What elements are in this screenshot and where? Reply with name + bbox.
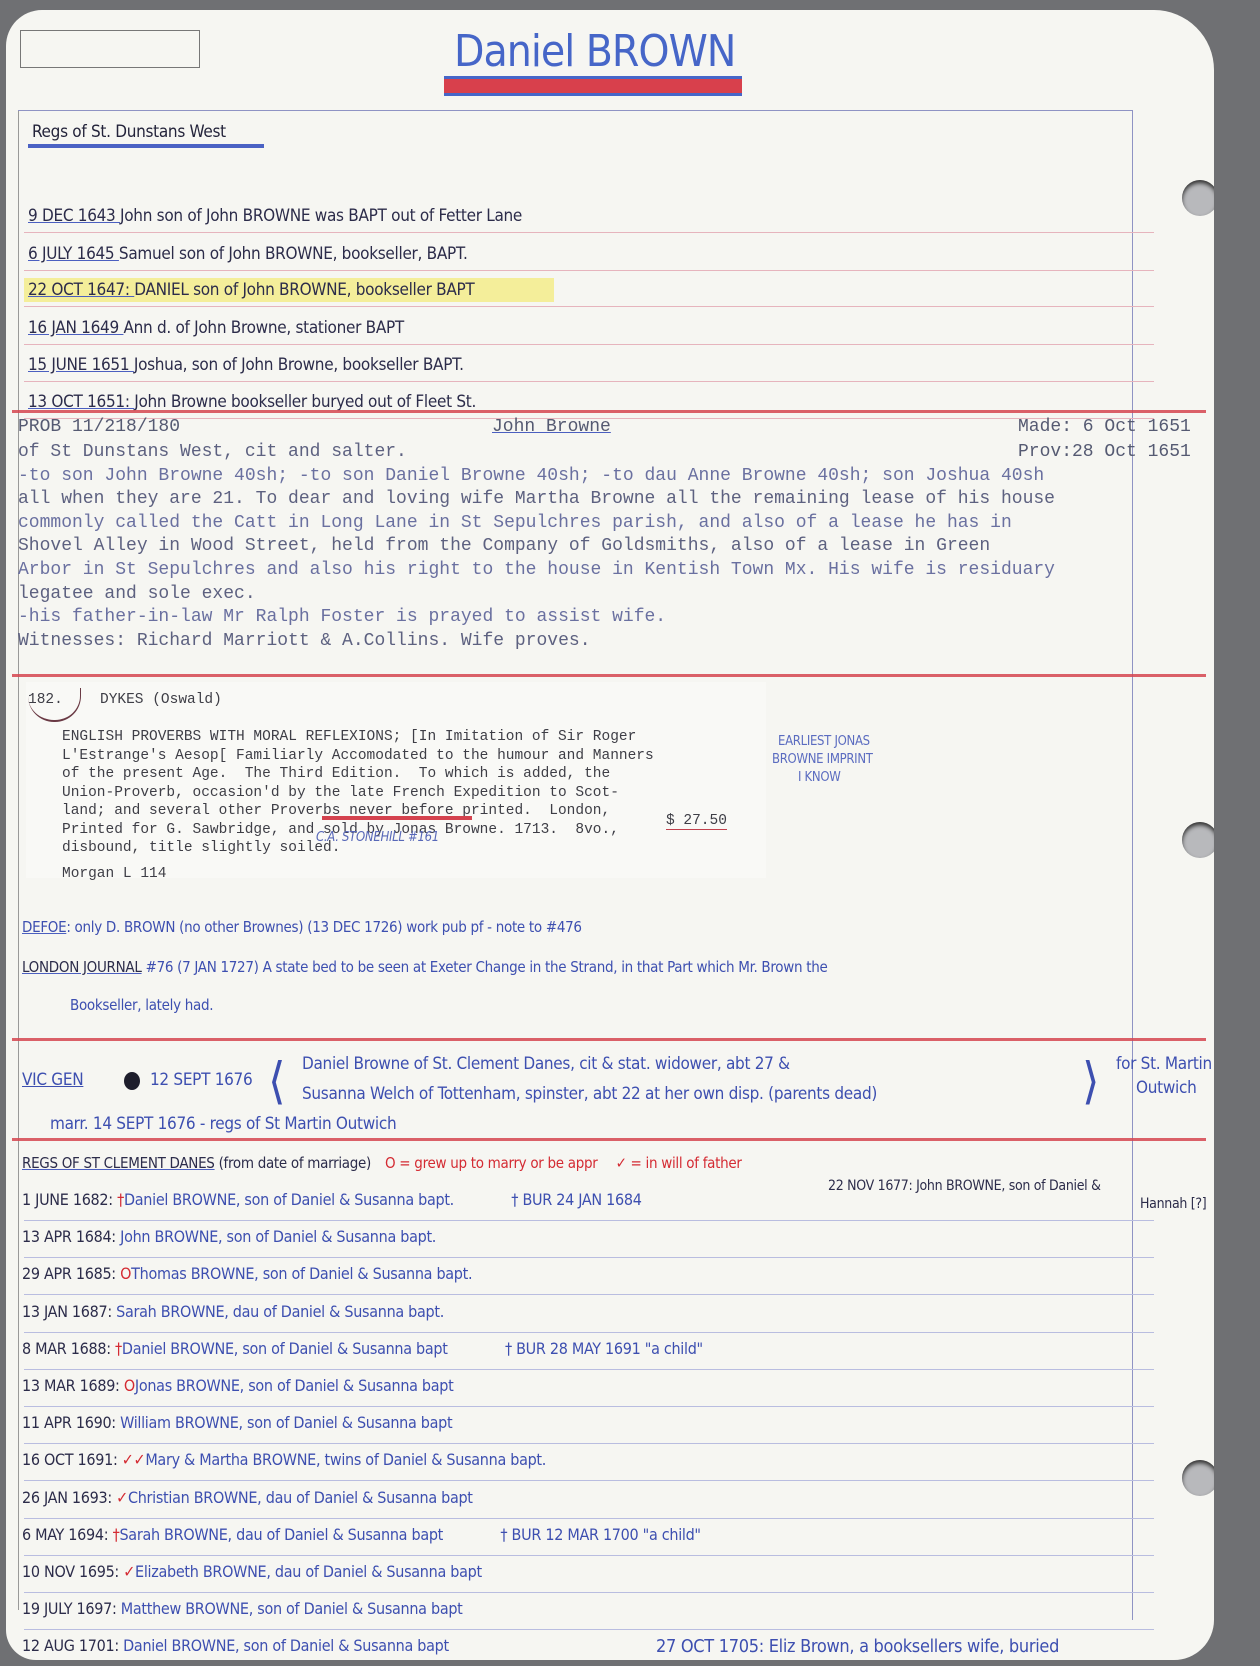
side-note-line: BROWNE IMPRINT xyxy=(772,752,873,767)
journal-note-continued: Bookseller, lately had. xyxy=(70,996,213,1014)
heading-underline xyxy=(28,144,264,148)
vicgen-side-1: for St. Martin xyxy=(1116,1054,1212,1074)
entry-text: Christian BROWNE, dau of Daniel & Susann… xyxy=(128,1488,473,1507)
entry-date: 11 APR 1690: xyxy=(22,1413,120,1432)
ruled-line xyxy=(24,1220,1154,1221)
register-entry: 8 MAR 1688: †Daniel BROWNE, son of Danie… xyxy=(22,1339,703,1358)
entry-text: John son of John BROWNE was BAPT out of … xyxy=(120,206,522,226)
will-line: of St Dunstans West, cit and salter. xyxy=(18,442,407,462)
ruled-line xyxy=(24,1332,1154,1333)
bracket-right-icon: ⟩ xyxy=(1082,1052,1099,1110)
entry-date: 6 MAY 1694: xyxy=(22,1525,113,1544)
catalog-price: $ 27.50 xyxy=(666,813,727,830)
register-entry: 13 APR 1684: John BROWNE, son of Daniel … xyxy=(22,1227,436,1246)
register-entry: 13 MAR 1689: OJonas BROWNE, son of Danie… xyxy=(22,1376,453,1395)
side-note-line: I KNOW xyxy=(798,770,841,785)
will-reference: PROB 11/218/180 xyxy=(18,417,180,437)
will-testator: John Browne xyxy=(492,417,611,437)
will-line: -his father-in-law Mr Ralph Foster is pr… xyxy=(18,607,666,627)
catalog-circle-mark xyxy=(28,688,81,722)
title-underline xyxy=(444,76,742,96)
entry-text: DANIEL son of John BROWNE, bookseller BA… xyxy=(134,280,474,300)
ruled-line xyxy=(24,1592,1154,1593)
register-entry: 15 JUNE 1651 Joshua, son of John Browne,… xyxy=(24,353,470,377)
entry-text: Sarah BROWNE, dau of Daniel & Susanna ba… xyxy=(119,1525,443,1544)
catalog-author: DYKES (Oswald) xyxy=(100,692,222,708)
legend-o: O = grew up to marry or be appr xyxy=(385,1154,598,1172)
register-entry: 16 OCT 1691: ✓✓Mary & Martha BROWNE, twi… xyxy=(22,1450,546,1469)
marriage-note: marr. 14 SEPT 1676 - regs of St Martin O… xyxy=(50,1114,396,1134)
entry-text: William BROWNE, son of Daniel & Susanna … xyxy=(120,1413,452,1432)
ruled-line xyxy=(24,1443,1154,1444)
entry-text: Joshua, son of John Browne, bookseller B… xyxy=(134,355,464,375)
entry-date: 19 JULY 1697: xyxy=(22,1599,121,1618)
defoe-label: DEFOE xyxy=(22,918,66,936)
entry-text: Elizabeth BROWNE, dau of Daniel & Susann… xyxy=(135,1562,482,1581)
catalog-line: of the present Age. The Third Edition. T… xyxy=(62,765,654,784)
catalog-clipping: 182. DYKES (Oswald) ENGLISH PROVERBS WIT… xyxy=(26,682,766,878)
entry-burial: † BUR 28 MAY 1691 "a child" xyxy=(484,1339,703,1358)
ruled-line xyxy=(24,1257,1154,1258)
entry-date: 13 MAR 1689: xyxy=(22,1376,124,1395)
entry-text: Daniel BROWNE, son of Daniel & Susanna b… xyxy=(123,1636,449,1655)
register-entry: 9 DEC 1643 John son of John BROWNE was B… xyxy=(24,204,528,228)
ruled-line xyxy=(24,306,1154,307)
ruled-line xyxy=(24,1406,1154,1407)
entry-text: Thomas BROWNE, son of Daniel & Susanna b… xyxy=(131,1264,472,1283)
clement-heading-note: (from date of marriage) xyxy=(219,1154,371,1172)
vicgen-line-1: Daniel Browne of St. Clement Danes, cit … xyxy=(302,1054,790,1074)
entry-date: 26 JAN 1693: xyxy=(22,1488,116,1507)
entry-date: 29 APR 1685: xyxy=(22,1264,120,1283)
top-rule xyxy=(18,110,1132,111)
entry-date: 10 NOV 1695: xyxy=(22,1562,123,1581)
ruled-line xyxy=(24,1518,1154,1519)
footer-note: 27 OCT 1705: Eliz Brown, a booksellers w… xyxy=(656,1636,1059,1657)
register-entry: 6 JULY 1645 Samuel son of John BROWNE, b… xyxy=(24,242,474,266)
died-dagger-icon: † xyxy=(117,1190,124,1209)
vicgen-label: VIC GEN xyxy=(22,1070,83,1090)
entry-date: 22 OCT 1647: xyxy=(28,280,134,300)
punch-hole-icon xyxy=(1182,822,1214,858)
will-line: Witnesses: Richard Marriott & A.Collins.… xyxy=(18,631,591,651)
vicgen-side-2: Outwich xyxy=(1136,1078,1197,1098)
in-will-check-icon: ✓ xyxy=(123,1562,135,1581)
will-proved-date: Prov:28 Oct 1651 xyxy=(1018,442,1191,462)
vicgen-dot-icon xyxy=(124,1072,140,1090)
side-entry-1677: 22 NOV 1677: John BROWNE, son of Daniel … xyxy=(828,1178,1101,1194)
will-line: -to son John Browne 40sh; -to son Daniel… xyxy=(18,466,1044,486)
section-heading-clement: REGS OF ST CLEMENT DANES xyxy=(22,1154,215,1172)
imprint-underline xyxy=(322,816,472,820)
register-entry: 16 JAN 1649 Ann d. of John Browne, stati… xyxy=(24,316,410,340)
register-entry: 26 JAN 1693: ✓Christian BROWNE, dau of D… xyxy=(22,1488,473,1507)
section-divider xyxy=(12,1138,1206,1141)
register-entry: 6 MAY 1694: †Sarah BROWNE, dau of Daniel… xyxy=(22,1525,701,1544)
journal-note: LONDON JOURNAL #76 (7 JAN 1727) A state … xyxy=(22,958,828,976)
entry-date: 13 JAN 1687: xyxy=(22,1302,116,1321)
defoe-text: : only D. BROWN (no other Brownes) (13 D… xyxy=(66,918,581,936)
clement-heading-row: REGS OF ST CLEMENT DANES (from date of m… xyxy=(22,1154,742,1172)
entry-text: Matthew BROWNE, son of Daniel & Susanna … xyxy=(121,1599,463,1618)
vicgen-line-2: Susanna Welch of Tottenham, spinster, ab… xyxy=(302,1084,877,1104)
notebook-page: Daniel BROWN Regs of St. Dunstans West 9… xyxy=(6,10,1214,1660)
register-entry: 10 NOV 1695: ✓Elizabeth BROWNE, dau of D… xyxy=(22,1562,482,1581)
side-note-line: EARLIEST JONAS xyxy=(778,734,870,749)
entry-text: Samuel son of John BROWNE, bookseller, B… xyxy=(119,244,468,264)
died-dagger-icon: † xyxy=(115,1339,122,1358)
ruled-line xyxy=(24,1369,1154,1370)
register-entry: 1 JUNE 1682: †Daniel BROWNE, son of Dani… xyxy=(22,1190,642,1209)
section-divider xyxy=(12,410,1206,413)
name-box xyxy=(20,30,200,68)
punch-hole-icon xyxy=(1182,180,1214,216)
catalog-line: Union-Proverb, occasion'd by the late Fr… xyxy=(62,784,654,803)
entry-date: 16 JAN 1649 xyxy=(28,318,123,338)
grew-up-mark-icon: O xyxy=(120,1264,131,1283)
entry-date: 13 OCT 1651: xyxy=(28,392,134,412)
entry-date: 6 JULY 1645 xyxy=(28,244,119,264)
will-line: Arbor in St Sepulchres and also his righ… xyxy=(18,560,1055,580)
vicgen-date: 12 SEPT 1676 xyxy=(150,1070,252,1090)
register-entry: 22 OCT 1647: DANIEL son of John BROWNE, … xyxy=(24,278,554,302)
entry-burial: † BUR 12 MAR 1700 "a child" xyxy=(479,1525,701,1544)
journal-text: #76 (7 JAN 1727) A state bed to be seen … xyxy=(146,958,828,976)
ruled-line xyxy=(24,232,1154,233)
entry-text: Daniel BROWNE, son of Daniel & Susanna b… xyxy=(122,1339,448,1358)
margin-line xyxy=(18,110,19,1610)
entry-date: 16 OCT 1691: xyxy=(22,1450,122,1469)
entry-text: John BROWNE, son of Daniel & Susanna bap… xyxy=(120,1227,436,1246)
entry-date: 12 AUG 1701: xyxy=(22,1636,123,1655)
in-will-check-icon: ✓ xyxy=(116,1488,128,1507)
entry-text: Daniel BROWNE, son of Daniel & Susanna b… xyxy=(124,1190,454,1209)
legend-check: ✓ = in will of father xyxy=(616,1154,742,1172)
will-line: legatee and sole exec. xyxy=(18,584,256,604)
register-entry: 11 APR 1690: William BROWNE, son of Dani… xyxy=(22,1413,452,1432)
entry-text: Jonas BROWNE, son of Daniel & Susanna ba… xyxy=(135,1376,454,1395)
catalog-line: ENGLISH PROVERBS WITH MORAL REFLEXIONS; … xyxy=(62,728,654,747)
ruled-line xyxy=(24,1480,1154,1481)
entry-text: Mary & Martha BROWNE, twins of Daniel & … xyxy=(145,1450,546,1469)
will-line: all when they are 21. To dear and loving… xyxy=(18,489,1055,509)
stonehill-note: C.A. STONEHILL #161 xyxy=(316,830,439,845)
entry-date: 9 DEC 1643 xyxy=(28,206,120,226)
entry-date: 13 APR 1684: xyxy=(22,1227,120,1246)
in-will-check-icon: ✓✓ xyxy=(122,1450,146,1469)
will-line: Shovel Alley in Wood Street, held from t… xyxy=(18,536,990,556)
page-title: Daniel BROWN xyxy=(454,26,735,77)
margin-line xyxy=(1132,110,1133,1620)
catalog-reference: Morgan L 114 xyxy=(62,866,166,882)
defoe-note: DEFOE: only D. BROWN (no other Brownes) … xyxy=(22,918,582,936)
register-entry: 29 APR 1685: OThomas BROWNE, son of Dani… xyxy=(22,1264,472,1283)
entry-date: 15 JUNE 1651 xyxy=(28,355,134,375)
catalog-line: L'Estrange's Aesop[ Familiarly Accomodat… xyxy=(62,747,654,766)
ruled-line xyxy=(24,1555,1154,1556)
side-entry-1677-continued: Hannah [?] xyxy=(1140,1196,1206,1212)
entry-text: John Browne bookseller buryed out of Fle… xyxy=(134,392,476,412)
entry-text: Sarah BROWNE, dau of Daniel & Susanna ba… xyxy=(116,1302,444,1321)
entry-date: 1 JUNE 1682: xyxy=(22,1190,117,1209)
grew-up-mark-icon: O xyxy=(124,1376,135,1395)
entry-date: 8 MAR 1688: xyxy=(22,1339,115,1358)
ruled-line xyxy=(24,1629,1154,1630)
journal-label: LONDON JOURNAL xyxy=(22,958,142,976)
entry-text: Ann d. of John Browne, stationer BAPT xyxy=(123,318,404,338)
register-entry: 13 JAN 1687: Sarah BROWNE, dau of Daniel… xyxy=(22,1302,444,1321)
section-heading-dunstan: Regs of St. Dunstans West xyxy=(32,122,226,142)
ruled-line xyxy=(24,270,1154,271)
will-line: commonly called the Catt in Long Lane in… xyxy=(18,513,1012,533)
ruled-line xyxy=(24,381,1154,382)
register-entry: 12 AUG 1701: Daniel BROWNE, son of Danie… xyxy=(22,1636,449,1655)
punch-hole-icon xyxy=(1182,1460,1214,1496)
bracket-left-icon: ⟨ xyxy=(268,1052,285,1110)
will-made-date: Made: 6 Oct 1651 xyxy=(1018,417,1191,437)
entry-burial: † BUR 24 JAN 1684 xyxy=(490,1190,642,1209)
section-divider xyxy=(12,1038,1206,1041)
ruled-line xyxy=(24,344,1154,345)
section-divider xyxy=(12,674,1206,677)
ruled-line xyxy=(24,1294,1154,1295)
register-entry: 19 JULY 1697: Matthew BROWNE, son of Dan… xyxy=(22,1599,463,1618)
